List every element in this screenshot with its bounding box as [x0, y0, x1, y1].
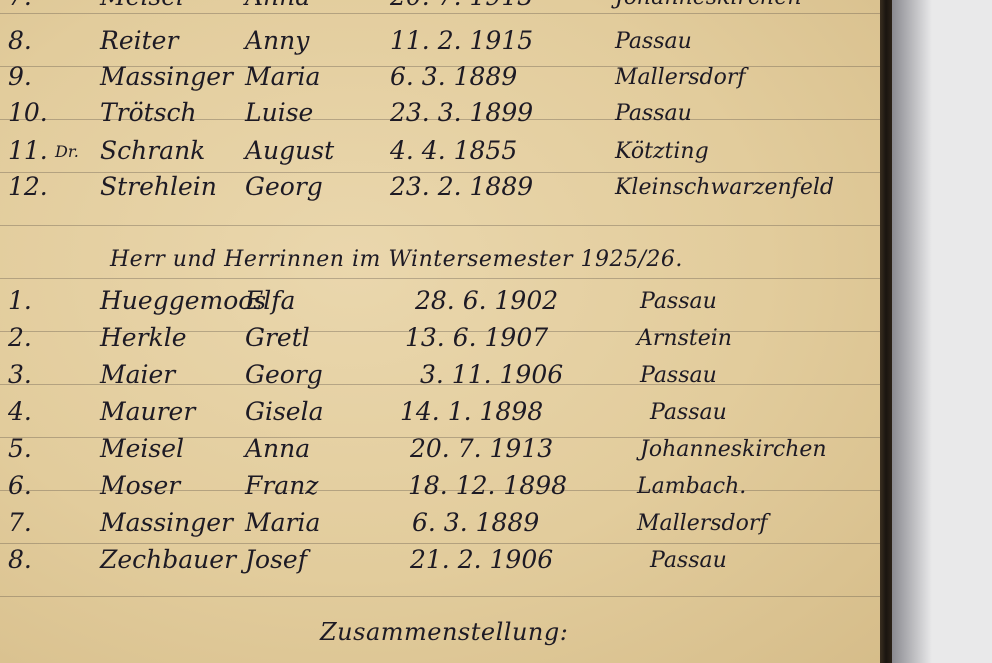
entry-given-name: Anna [245, 0, 310, 11]
entry-number: 1. [8, 286, 32, 315]
entry-surname: Zechbauer [100, 545, 236, 574]
entry-given-name: Josef [245, 545, 307, 574]
entry-given-name: August [245, 136, 334, 165]
entry-birth-date: 6. 3. 1889 [390, 62, 517, 91]
entry-given-name: Maria [245, 508, 320, 537]
entry-surname: Meisel [100, 0, 184, 11]
entry-number: 12. [8, 172, 48, 201]
entry-given-name: Georg [245, 172, 323, 201]
entry-surname: Reiter [100, 26, 178, 55]
entry-title: Dr. [55, 142, 79, 161]
entry-given-name: Franz [245, 471, 318, 500]
entry-birthplace: Passau [615, 29, 692, 54]
entry-surname: Trötsch [100, 98, 197, 127]
entry-number: 7. [8, 508, 32, 537]
entry-surname: Strehlein [100, 172, 217, 201]
entry-number: 2. [8, 323, 32, 352]
entry-birth-date: 6. 3. 1889 [412, 508, 539, 537]
entry-birth-date: 18. 12. 1898 [408, 471, 567, 500]
entry-birthplace: Mallersdorf [637, 511, 768, 536]
entry-birthplace: Arnstein [637, 326, 732, 351]
entry-number: 11. [8, 136, 48, 165]
entry-number: 9. [8, 62, 32, 91]
register-row: 7. Massinger Maria 6. 3. 1889 Mallersdor… [0, 508, 880, 546]
register-page: 7. Meisel Anna 20. 7. 1913 Johanneskirch… [0, 0, 880, 663]
entry-birthplace: Mallersdorf [615, 65, 746, 90]
entry-number: 5. [8, 434, 32, 463]
entry-given-name: Maria [245, 62, 320, 91]
register-row: 8. Reiter Anny 11. 2. 1915 Passau [0, 26, 880, 64]
entry-surname: Schrank [100, 136, 205, 165]
register-row: 3. Maier Georg 3. 11. 1906 Passau [0, 360, 880, 398]
gutter-shadow [892, 0, 932, 663]
entry-given-name: Gretl [245, 323, 310, 352]
entry-birth-date: 13. 6. 1907 [405, 323, 548, 352]
entry-birthplace: Johanneskirchen [640, 437, 827, 462]
entry-given-name: Anna [245, 434, 310, 463]
entry-birth-date: 20. 7. 1913 [390, 0, 533, 11]
footer-heading: Zusammenstellung: [320, 618, 568, 646]
register-row: 4. Maurer Gisela 14. 1. 1898 Passau [0, 397, 880, 435]
entry-given-name: Anny [245, 26, 309, 55]
entry-surname: Moser [100, 471, 180, 500]
entry-surname: Meisel [100, 434, 184, 463]
register-row: 7. Meisel Anna 20. 7. 1913 Johanneskirch… [0, 0, 880, 20]
entry-number: 8. [8, 545, 32, 574]
entry-surname: Massinger [100, 62, 233, 91]
entry-number: 6. [8, 471, 32, 500]
entry-birthplace: Kleinschwarzenfeld [615, 175, 834, 200]
register-row: 8. Zechbauer Josef 21. 2. 1906 Passau [0, 545, 880, 583]
register-row: 2. Herkle Gretl 13. 6. 1907 Arnstein [0, 323, 880, 361]
entry-birth-date: 3. 11. 1906 [420, 360, 563, 389]
entry-birthplace: Lambach. [637, 474, 746, 499]
entry-birth-date: 28. 6. 1902 [415, 286, 558, 315]
entry-number: 4. [8, 397, 32, 426]
register-row: 12. Strehlein Georg 23. 2. 1889 Kleinsch… [0, 172, 880, 210]
register-row: 9. Massinger Maria 6. 3. 1889 Mallersdor… [0, 62, 880, 100]
entry-birthplace: Passau [640, 363, 717, 388]
entry-birth-date: 4. 4. 1855 [390, 136, 517, 165]
register-row: 10. Trötsch Luise 23. 3. 1899 Passau [0, 98, 880, 136]
register-row: 5. Meisel Anna 20. 7. 1913 Johanneskirch… [0, 434, 880, 472]
entry-birthplace: Passau [615, 101, 692, 126]
entry-surname: Hueggemoos [100, 286, 266, 315]
entry-given-name: Gisela [245, 397, 324, 426]
entry-surname: Massinger [100, 508, 233, 537]
entry-birth-date: 20. 7. 1913 [410, 434, 553, 463]
entry-birth-date: 23. 3. 1899 [390, 98, 533, 127]
entry-surname: Maurer [100, 397, 195, 426]
entry-birthplace: Passau [640, 289, 717, 314]
entry-birthplace: Kötzting [615, 139, 709, 164]
entry-number: 7. [8, 0, 32, 11]
entry-birth-date: 23. 2. 1889 [390, 172, 533, 201]
entry-birth-date: 21. 2. 1906 [410, 545, 553, 574]
entry-number: 10. [8, 98, 48, 127]
entry-given-name: Georg [245, 360, 323, 389]
section-heading: Herr und Herrinnen im Wintersemester 192… [110, 247, 683, 272]
entry-birth-date: 11. 2. 1915 [390, 26, 533, 55]
entry-surname: Maier [100, 360, 175, 389]
entry-birthplace: Johanneskirchen [615, 0, 802, 10]
register-row: 1. Hueggemoos Elfa 28. 6. 1902 Passau [0, 286, 880, 324]
entry-number: 3. [8, 360, 32, 389]
entry-birthplace: Passau [650, 548, 727, 573]
entry-birth-date: 14. 1. 1898 [400, 397, 543, 426]
entry-given-name: Luise [245, 98, 313, 127]
register-row: 11. Dr. Schrank August 4. 4. 1855 Kötzti… [0, 136, 880, 174]
entry-birthplace: Passau [650, 400, 727, 425]
register-row: 6. Moser Franz 18. 12. 1898 Lambach. [0, 471, 880, 509]
entry-surname: Herkle [100, 323, 187, 352]
entry-number: 8. [8, 26, 32, 55]
book-spine [880, 0, 892, 663]
entry-given-name: Elfa [245, 286, 295, 315]
